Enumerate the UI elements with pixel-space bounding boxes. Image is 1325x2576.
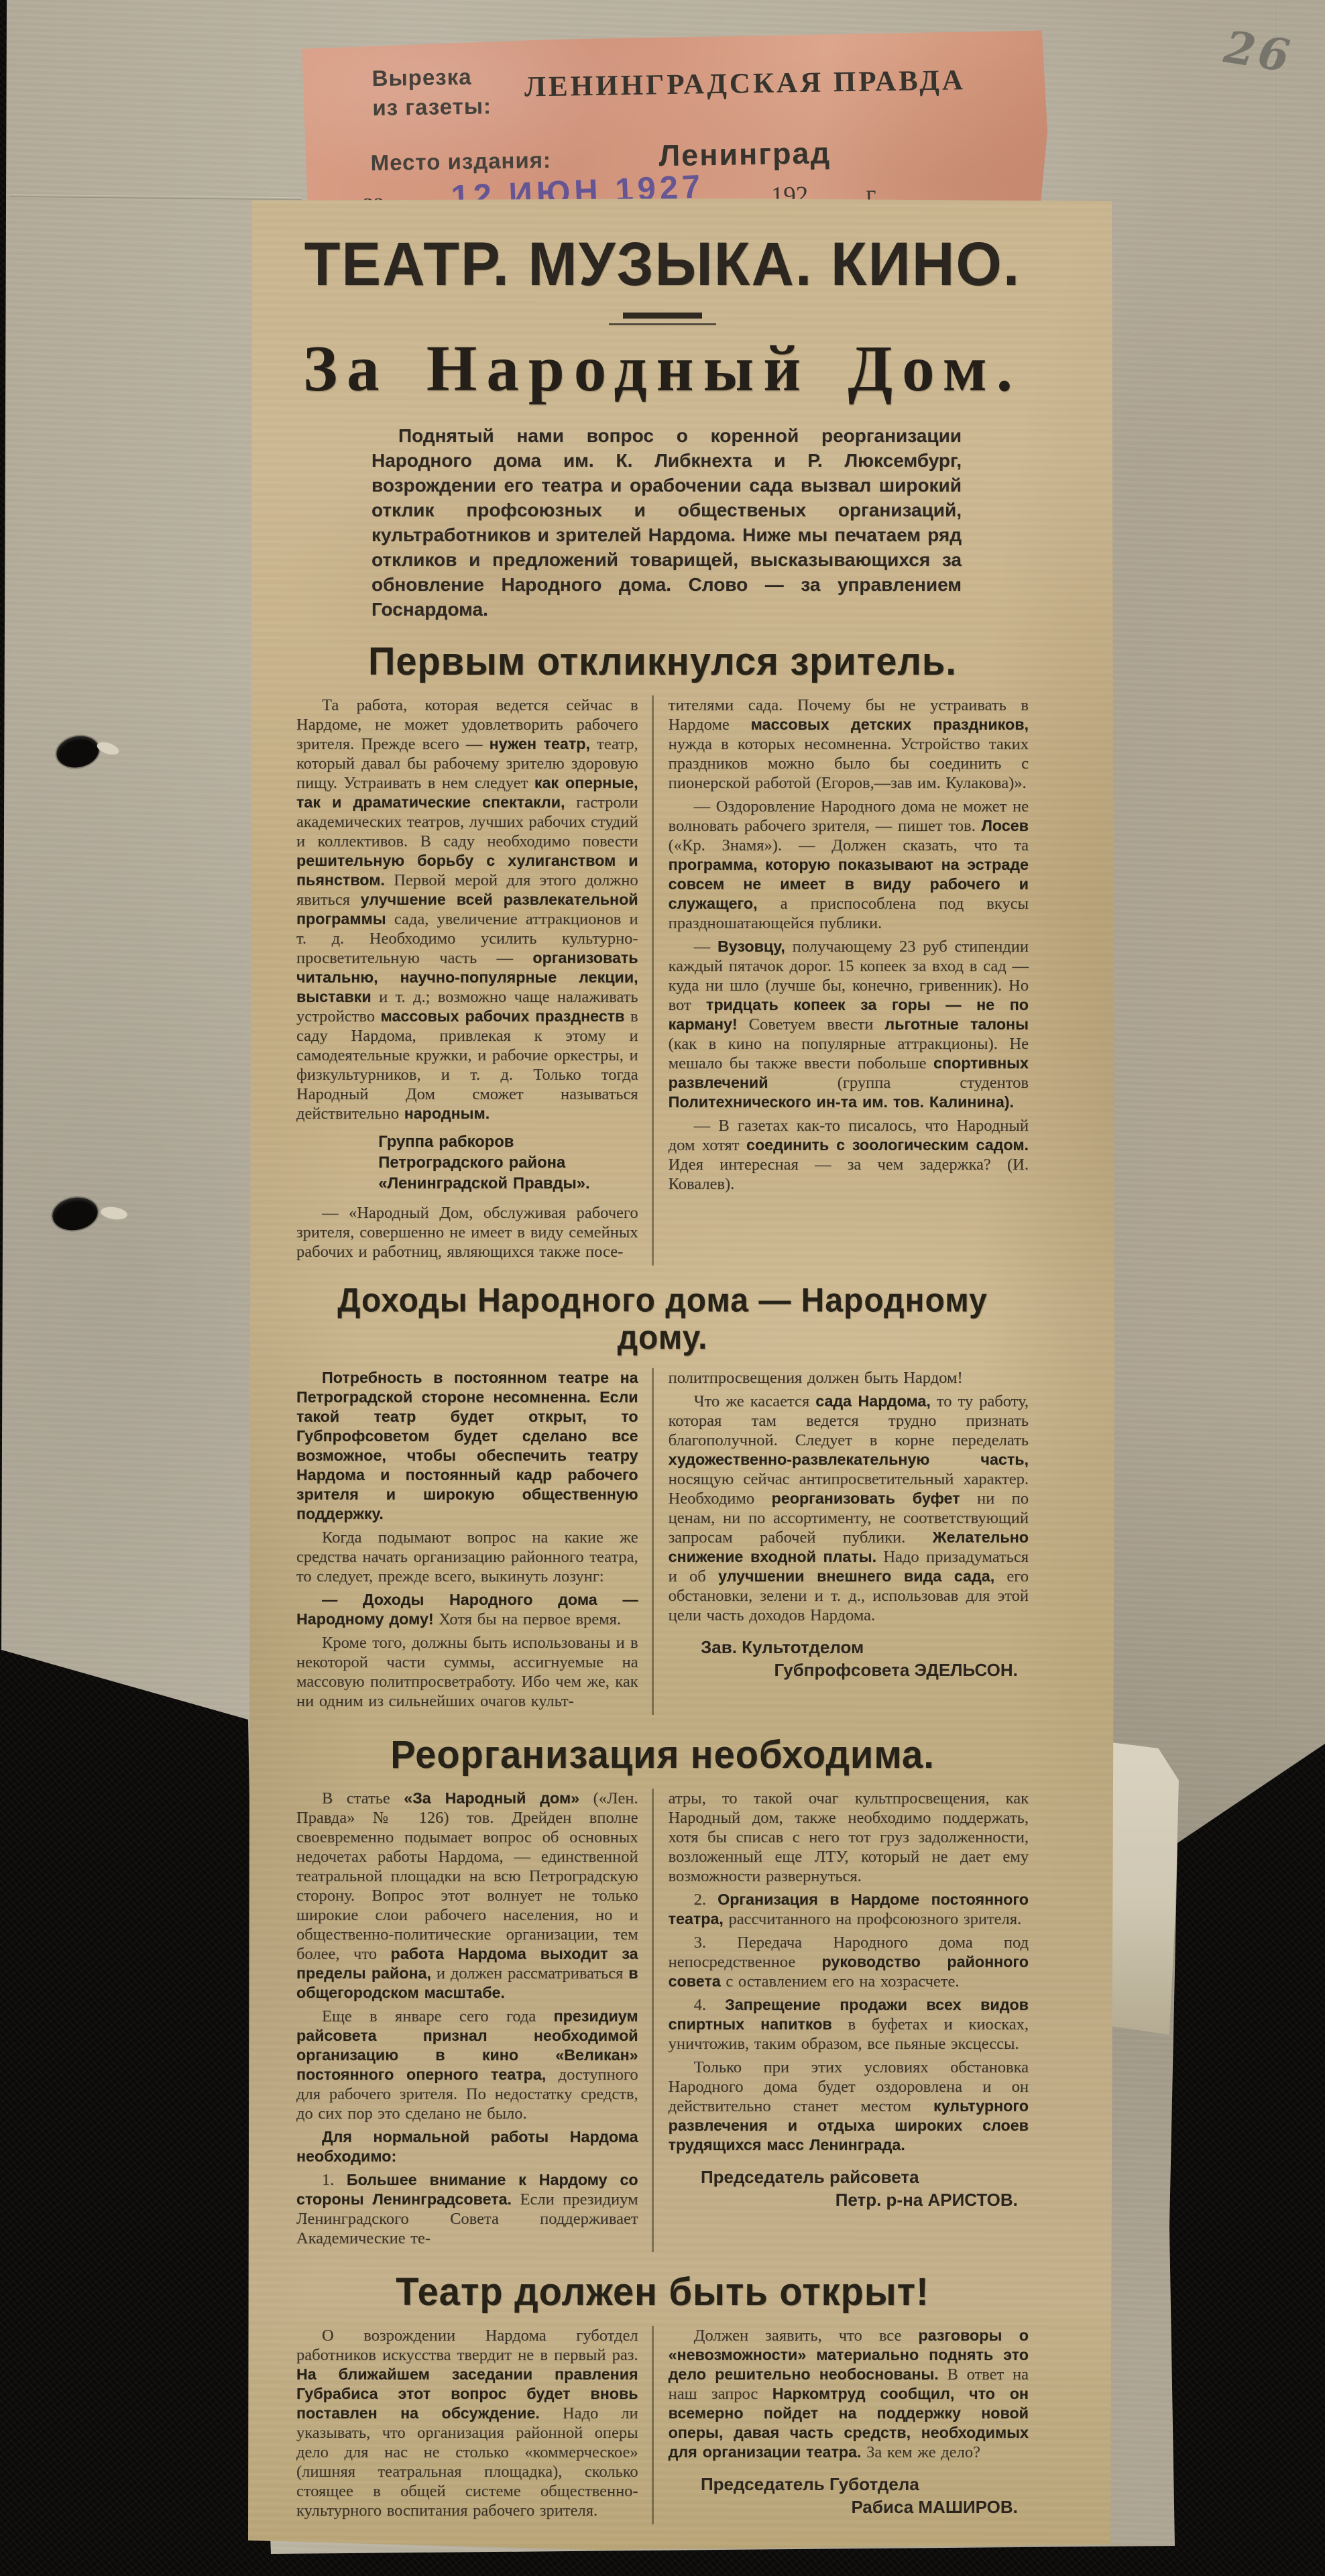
bold-run: народным. <box>404 1105 489 1122</box>
signature: Председатель райсоветаПетр. р-на АРИСТОВ… <box>669 2166 1029 2211</box>
article-paragraph: Должен заявить, что все разговоры о «нев… <box>669 2326 1029 2462</box>
rubric-headline: ТЕАТР. МУЗЫКА. КИНО. <box>296 232 1029 296</box>
text-run: (группа студентов <box>768 1074 1029 1092</box>
text-run: О возрождении Нардома губотдел работнико… <box>296 2327 638 2364</box>
article-paragraph: 1. Большее внимание к Нардому со стороны… <box>296 2170 638 2248</box>
text-run: — <box>694 938 717 956</box>
text-run: Кроме того, должны быть использованы и в… <box>296 1634 638 1710</box>
article-title: За Народный Дом. <box>296 335 1029 403</box>
section-heading: Доходы Народного дома — Народному дому. <box>296 1282 1029 1357</box>
signature: Председатель ГуботделаРабиса МАШИРОВ. <box>669 2473 1029 2518</box>
article-paragraph: тителями сада. Почему бы не устраивать в… <box>669 695 1029 793</box>
bold-run: улучшении внешнего вида сада, <box>718 1567 994 1585</box>
article-paragraph: О возрождении Нардома губотдел работнико… <box>296 2326 638 2520</box>
column-right: политпросвещения должен быть Нардом!Что … <box>652 1368 1029 1715</box>
text-run: Идея интересная — за чем задержка? (И. К… <box>669 1156 1029 1193</box>
article-section: Первым откликнулся зритель.Та работа, ко… <box>296 640 1029 1266</box>
text-run: и должен рассматриваться <box>431 1964 628 1982</box>
signature-line: Председатель Губотдела <box>669 2473 1029 2496</box>
article-section: Реорганизация необходима.В статье «За На… <box>296 1734 1029 2252</box>
article-paragraph: политпросвещения должен быть Нардом! <box>669 1368 1029 1388</box>
bold-run: массовых детских праздников, <box>751 716 1029 733</box>
signature-line: Рабиса МАШИРОВ. <box>669 2496 1029 2518</box>
bold-run: массовых рабочих празднеств <box>381 1007 625 1025</box>
section-heading: Первым откликнулся зритель. <box>296 640 1029 683</box>
article-paragraph: Еще в январе сего года президиум райсове… <box>296 2007 638 2123</box>
text-run: 2. <box>694 1891 717 1909</box>
section-heading: Театр должен быть открыт! <box>296 2270 1029 2313</box>
article-sections: Первым откликнулся зритель.Та работа, ко… <box>296 640 1029 2524</box>
article-paragraph: Кроме того, должны быть использованы и в… <box>296 1633 638 1711</box>
form-field-place-label: Место издания: <box>370 146 551 178</box>
bold-run: реорганизовать буфет <box>772 1490 960 1507</box>
article-paragraph: 3. Передача Народного дома под непосредс… <box>669 1933 1029 1991</box>
column-left: О возрождении Нардома губотдел работнико… <box>296 2326 652 2524</box>
column-left: Потребность в постоянном театре на Петро… <box>296 1368 652 1715</box>
text-run: 1. <box>322 2171 347 2189</box>
signature: Зав. КультотделомГубпрофсовета ЭДЕЛЬСОН. <box>669 1636 1029 1681</box>
text-run: политпросвещения должен быть Нардом! <box>669 1369 963 1387</box>
section-columns: О возрождении Нардома губотдел работнико… <box>296 2326 1029 2524</box>
archive-photo-page: 26 Вырезка из газеты: ЛЕНИНГРАДСКАЯ ПРАВ… <box>0 0 1325 2576</box>
newspaper-clipping: ТЕАТР. МУЗЫКА. КИНО. За Народный Дом. По… <box>247 199 1114 2550</box>
text-run: Что же касается <box>694 1392 816 1410</box>
text-run: Когда подымают вопрос на какие же средст… <box>296 1528 638 1585</box>
article-paragraph: 4. Запрещение продажи всех видов спиртны… <box>669 1995 1029 2054</box>
attribution: Группа рабкоров Петроградского района «Л… <box>378 1131 638 1194</box>
article-paragraph: 2. Организация в Нардоме постоянного теа… <box>669 1890 1029 1929</box>
signature-line: Губпрофсовета ЭДЕЛЬСОН. <box>669 1659 1029 1681</box>
article-paragraph: Та работа, которая ведется сейчас в Нард… <box>296 695 638 1123</box>
column-right: тителями сада. Почему бы не устраивать в… <box>652 695 1029 1266</box>
bold-run: Лосев <box>982 817 1029 834</box>
headline-divider <box>296 313 1029 325</box>
section-columns: В статье «За Народный дом» («Лен. Правда… <box>296 1789 1029 2252</box>
text-run: За кем же дело? <box>861 2443 980 2461</box>
column-left: В статье «За Народный дом» («Лен. Правда… <box>296 1789 652 2252</box>
form-field-source-label: Вырезка из газеты: <box>371 62 492 123</box>
article-lead: Поднятый нами вопрос о коренной реоргани… <box>371 423 962 622</box>
signature-line: Председатель райсовета <box>669 2166 1029 2188</box>
column-right: Должен заявить, что все разговоры о «нев… <box>652 2326 1029 2524</box>
text-run: Должен заявить, что все <box>694 2327 919 2345</box>
bold-run: соединить с зоологическим садом. <box>746 1136 1029 1154</box>
handwritten-page-number: 26 <box>1221 21 1297 83</box>
text-run: атры, то такой очаг культпросвещения, ка… <box>669 1789 1029 1885</box>
text-run: Хотя бы на первое время. <box>434 1610 621 1628</box>
newspaper-name: ЛЕНИНГРАДСКАЯ ПРАВДА <box>477 63 1014 105</box>
section-columns: Потребность в постоянном театре на Петро… <box>296 1368 1029 1715</box>
article-paragraph: Для нормальной работы Нардома необходимо… <box>296 2127 638 2166</box>
article-section: Доходы Народного дома — Народному дому.П… <box>296 1284 1029 1716</box>
article-paragraph: — «Народный Дом, обслуживая рабочего зри… <box>296 1203 638 1262</box>
bold-run: художественно-развлекательную часть, <box>669 1451 1029 1468</box>
text-run: Советуем ввести <box>738 1015 885 1033</box>
section-heading: Реорганизация необходима. <box>296 1733 1029 1777</box>
article-paragraph: Что же касается сада Нардома, то ту рабо… <box>669 1392 1029 1625</box>
text-run: В статье <box>322 1789 404 1807</box>
paper-fragment <box>1110 1742 1179 2035</box>
bold-run: Вузовцу, <box>717 938 785 955</box>
text-run: с оставлением его на хозрасчете. <box>721 1972 960 1991</box>
text-run: нужда в которых несомненна. Устройство т… <box>669 735 1029 792</box>
article-paragraph: атры, то такой очаг культпросвещения, ка… <box>669 1789 1029 1886</box>
divider-bar <box>609 323 716 325</box>
article-paragraph: — В газетах как-то писалось, что Народны… <box>669 1116 1029 1194</box>
text-run: («Лен. Правда» № 126) тов. Дрейден вполн… <box>296 1789 638 1963</box>
article-paragraph: В статье «За Народный дом» («Лен. Правда… <box>296 1789 638 2003</box>
bold-run: льготные талоны <box>884 1015 1029 1033</box>
article-paragraph: Потребность в постоянном театре на Петро… <box>296 1368 638 1524</box>
bold-run: Для нормальной работы Нардома необходимо… <box>296 2128 638 2165</box>
bold-run: Потребность в постоянном театре на Петро… <box>296 1369 638 1522</box>
column-left: Та работа, которая ведется сейчас в Нард… <box>296 695 652 1266</box>
bold-run: Группа рабкоров Петроградского района «Л… <box>378 1133 589 1192</box>
bold-run: нужен театр, <box>489 735 590 752</box>
article-paragraph: Только при этих условиях обстановка Наро… <box>669 2058 1029 2155</box>
text-run: рассчитанного на профсоюзного зрителя. <box>724 1910 1021 1928</box>
bold-run: «За Народный дом» <box>404 1789 579 1807</box>
column-right: атры, то такой очаг культпросвещения, ка… <box>652 1789 1029 2252</box>
text-run: Еще в январе сего года <box>322 2007 554 2025</box>
text-run: — «Народный Дом, обслуживая рабочего зри… <box>296 1204 638 1261</box>
article-paragraph: — Доходы Народного дома — Народному дому… <box>296 1590 638 1629</box>
article-section: Театр должен быть открыт!О возрождении Н… <box>296 2271 1029 2524</box>
signature-line: Петр. р-на АРИСТОВ. <box>669 2188 1029 2211</box>
bold-run: Политехнического ин-та им. тов. Калинина… <box>669 1093 1014 1111</box>
text-run: («Кр. Знамя»). — Должен сказать, что та <box>669 836 1029 854</box>
bold-run: сада Нардома, <box>815 1392 931 1410</box>
text-run: 4. <box>694 1996 726 2014</box>
divider-bar <box>623 313 702 319</box>
article-paragraph: — Вузовцу, получающему 23 руб стипендии … <box>669 937 1029 1112</box>
signature-line: Зав. Культотделом <box>669 1636 1029 1659</box>
article-paragraph: Когда подымают вопрос на какие же средст… <box>296 1528 638 1586</box>
article-paragraph: — Оздоровление Народного дома не может н… <box>669 797 1029 933</box>
paper-crease <box>1274 4 1276 1728</box>
text-run: — Оздоровление Народного дома не может н… <box>669 797 1029 835</box>
publication-place: Ленинград <box>658 135 831 173</box>
section-columns: Та работа, которая ведется сейчас в Нард… <box>296 695 1029 1266</box>
